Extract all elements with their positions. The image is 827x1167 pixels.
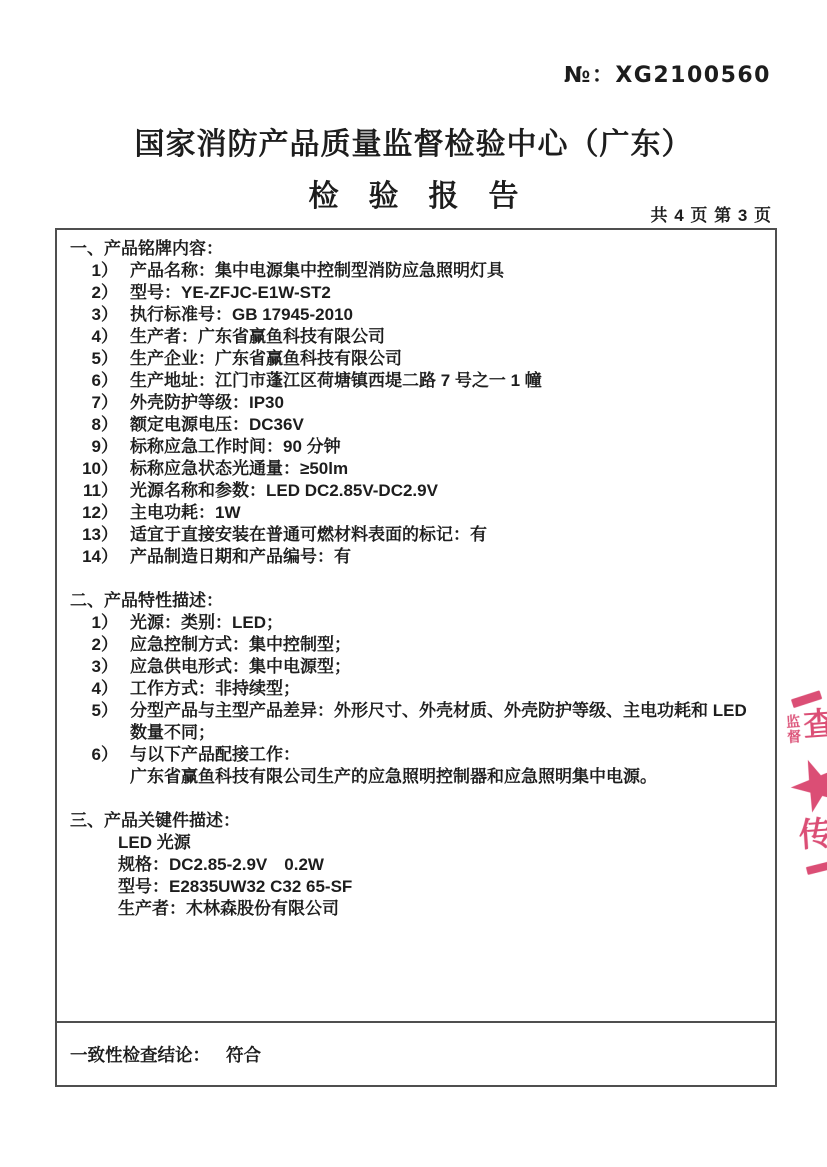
section-heading: 三、产品关键件描述： — [70, 810, 763, 832]
item-number: 13） — [70, 524, 118, 546]
item-number: 5） — [70, 348, 118, 370]
report-number: №：XG2100560 — [564, 58, 771, 89]
stamp-character: 传 — [798, 816, 827, 852]
section-key-components: 三、产品关键件描述： LED 光源 规格：DC2.85-2.9V 0.2W 型号… — [70, 810, 763, 920]
list-item: 13） 适宜于直接安装在普通可燃材料表面的标记：有 — [70, 524, 763, 546]
section-heading: 二、产品特性描述： — [70, 590, 763, 612]
item-number: 12） — [70, 502, 118, 524]
section-nameplate: 一、产品铭牌内容： 1） 产品名称：集中电源集中控制型消防应急照明灯具 2） 型… — [70, 238, 763, 568]
item-text: 生产企业：广东省赢鱼科技有限公司 — [118, 348, 763, 370]
item-text: 应急控制方式：集中控制型； — [118, 634, 763, 656]
stamp-character: 监督 — [785, 714, 803, 745]
list-item: 1） 光源：类别：LED； — [70, 612, 763, 634]
section-item-list: 1） 产品名称：集中电源集中控制型消防应急照明灯具 2） 型号：YE-ZFJC-… — [70, 260, 763, 568]
item-number: 7） — [70, 392, 118, 414]
item-number: 1） — [70, 612, 118, 634]
item-number: 8） — [70, 414, 118, 436]
section-characteristics: 二、产品特性描述： 1） 光源：类别：LED； 2） 应急控制方式：集中控制型；… — [70, 590, 763, 788]
item-text: 额定电源电压：DC36V — [118, 414, 763, 436]
item-text: 工作方式：非持续型； — [118, 678, 763, 700]
item-number: 9） — [70, 436, 118, 458]
item-number: 2） — [70, 634, 118, 656]
item-number: 3） — [70, 656, 118, 678]
item-text: 主电功耗：1W — [118, 502, 763, 524]
list-item: 12） 主电功耗：1W — [70, 502, 763, 524]
list-item: 5） 分型产品与主型产品差异：外形尺寸、外壳材质、外壳防护等级、主电功耗和 LE… — [70, 700, 763, 744]
item-number: 3） — [70, 304, 118, 326]
report-box: 一、产品铭牌内容： 1） 产品名称：集中电源集中控制型消防应急照明灯具 2） 型… — [55, 228, 777, 1087]
list-item: 10） 标称应急状态光通量：≥50lm — [70, 458, 763, 480]
conclusion-value: 符合 — [226, 1042, 261, 1067]
item-text: 产品制造日期和产品编号：有 — [118, 546, 763, 568]
item-number: 11） — [70, 480, 118, 502]
list-item: 6） 与以下产品配接工作： — [70, 744, 763, 766]
item-text: 适宜于直接安装在普通可燃材料表面的标记：有 — [118, 524, 763, 546]
star-icon — [780, 746, 827, 822]
item-number: 6） — [70, 370, 118, 392]
list-item: 11） 光源名称和参数：LED DC2.85V-DC2.9V — [70, 480, 763, 502]
list-item: 生产者：木林森股份有限公司 — [118, 898, 763, 920]
item-number: 4） — [70, 678, 118, 700]
list-item: 9） 标称应急工作时间：90 分钟 — [70, 436, 763, 458]
list-item: 3） 应急供电形式：集中电源型； — [70, 656, 763, 678]
item-text: 分型产品与主型产品差异：外形尺寸、外壳材质、外壳防护等级、主电功耗和 LED 数… — [118, 700, 763, 744]
item-number: 14） — [70, 546, 118, 568]
list-item: LED 光源 — [118, 832, 763, 854]
list-item: 3） 执行标准号：GB 17945-2010 — [70, 304, 763, 326]
list-item: 规格：DC2.85-2.9V 0.2W — [118, 854, 763, 876]
section-item-list: 1） 光源：类别：LED； 2） 应急控制方式：集中控制型； 3） 应急供电形式… — [70, 612, 763, 766]
item-number: 4） — [70, 326, 118, 348]
list-item: 14） 产品制造日期和产品编号：有 — [70, 546, 763, 568]
item-continuation-text: 广东省赢鱼科技有限公司生产的应急照明控制器和应急照明集中电源。 — [130, 766, 763, 788]
list-item: 4） 工作方式：非持续型； — [70, 678, 763, 700]
item-text: 标称应急状态光通量：≥50lm — [118, 458, 763, 480]
list-item: 2） 应急控制方式：集中控制型； — [70, 634, 763, 656]
list-item: 型号：E2835UW32 C32 65-SF — [118, 876, 763, 898]
list-item: 1） 产品名称：集中电源集中控制型消防应急照明灯具 — [70, 260, 763, 282]
list-item: 8） 额定电源电压：DC36V — [70, 414, 763, 436]
section-heading: 一、产品铭牌内容： — [70, 238, 763, 260]
item-number: 5） — [70, 700, 118, 744]
list-item: 4） 生产者：广东省赢鱼科技有限公司 — [70, 326, 763, 348]
list-item: 7） 外壳防护等级：IP30 — [70, 392, 763, 414]
item-text: 生产地址：江门市蓬江区荷塘镇西堤二路 7 号之一 1 幢 — [118, 370, 763, 392]
list-item: 5） 生产企业：广东省赢鱼科技有限公司 — [70, 348, 763, 370]
report-page: №：XG2100560 国家消防产品质量监督检验中心（广东） 检 验 报 告 共… — [0, 0, 827, 1167]
conclusion-label: 一致性检查结论： — [70, 1042, 210, 1067]
item-text: 外壳防护等级：IP30 — [118, 392, 763, 414]
stamp: 监督 查 传 — [782, 687, 827, 893]
item-number: 1） — [70, 260, 118, 282]
item-text: 生产者：广东省赢鱼科技有限公司 — [118, 326, 763, 348]
stamp-character: 查 — [802, 706, 827, 742]
item-number: 10） — [70, 458, 118, 480]
item-text: 光源名称和参数：LED DC2.85V-DC2.9V — [118, 480, 763, 502]
item-text: 与以下产品配接工作： — [118, 744, 763, 766]
item-number: 6） — [70, 744, 118, 766]
item-text: 光源：类别：LED； — [118, 612, 763, 634]
item-text: 产品名称：集中电源集中控制型消防应急照明灯具 — [118, 260, 763, 282]
conclusion-row: 一致性检查结论： 符合 — [57, 1021, 775, 1085]
item-text: 型号：YE-ZFJC-E1W-ST2 — [118, 282, 763, 304]
list-item: 2） 型号：YE-ZFJC-E1W-ST2 — [70, 282, 763, 304]
list-item: 6） 生产地址：江门市蓬江区荷塘镇西堤二路 7 号之一 1 幢 — [70, 370, 763, 392]
item-text: 标称应急工作时间：90 分钟 — [118, 436, 763, 458]
stamp-bar — [806, 859, 827, 875]
item-text: 应急供电形式：集中电源型； — [118, 656, 763, 678]
item-number: 2） — [70, 282, 118, 304]
item-text: 执行标准号：GB 17945-2010 — [118, 304, 763, 326]
page-count: 共 4 页 第 3 页 — [650, 201, 772, 226]
report-title: 国家消防产品质量监督检验中心（广东） — [0, 119, 827, 163]
report-body: 一、产品铭牌内容： 1） 产品名称：集中电源集中控制型消防应急照明灯具 2） 型… — [57, 230, 775, 1021]
section-line-list: LED 光源 规格：DC2.85-2.9V 0.2W 型号：E2835UW32 … — [70, 832, 763, 920]
